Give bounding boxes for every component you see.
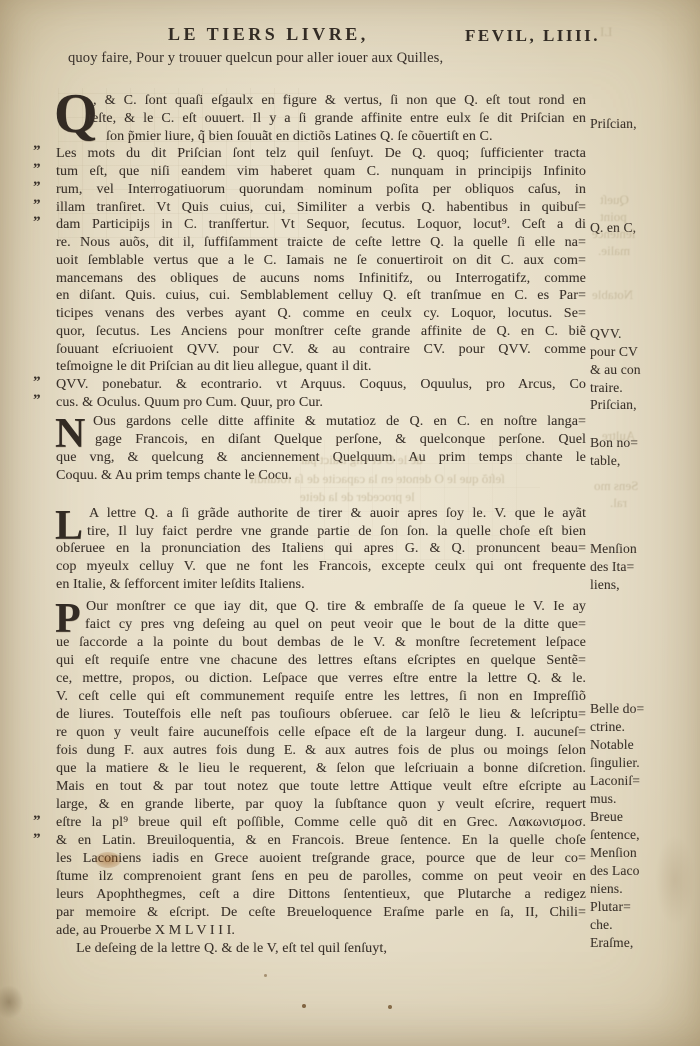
body-line: large, & en grande liberte, par quoy la … xyxy=(56,796,586,814)
body-line: ”tum eſt, que niſi eandem vim haberet qu… xyxy=(56,163,586,181)
margin-quote-mark: ” xyxy=(33,214,41,232)
body-line: ”Les mots du dit Priſcian ſont telz quil… xyxy=(56,145,586,163)
margin-note: Laconiſ= xyxy=(590,772,696,790)
body-line: que la matiere & le lieu le requerent, &… xyxy=(56,760,586,778)
body-line: ade, au Prouerbe X M L V I I I. xyxy=(56,922,586,940)
body-line: A lettre Q. a ſi grãde authorite de tire… xyxy=(56,505,586,523)
margin-note: niens. xyxy=(590,880,696,898)
margin-note: Breue xyxy=(590,808,696,826)
bleedthrough-text: de le O et vng traict par xyxy=(300,452,423,468)
body-line: en diſant. Quis. cuius, cui. Semblableme… xyxy=(56,287,586,305)
margin-note: table, xyxy=(590,452,696,470)
bleedthrough-text: LI xyxy=(600,24,612,40)
body-line: ”QVV. ponebatur. & econtrario. vt Arquus… xyxy=(56,376,586,394)
margin-quote-mark: ” xyxy=(33,392,41,410)
body-line: ue ſaccorde a la pointe du bout dembas d… xyxy=(56,634,586,652)
body-line: leurs Apophthegmes, ceſt a dire Dittons … xyxy=(56,886,586,904)
page-edge-smudge xyxy=(0,985,24,1019)
body-line: mancemans des obliques de aucuns noms In… xyxy=(56,270,586,288)
bleedthrough-text: Notable xyxy=(592,287,633,303)
body-line: V. ceſt celle qui eſt communement requiſ… xyxy=(56,688,586,706)
body-line: ”dam Participijs in C. tranſfertur. Vt S… xyxy=(56,216,586,234)
body-line: tire, Il luy faict perdre vne grande par… xyxy=(56,523,586,541)
margin-quote-mark: ” xyxy=(33,812,41,830)
ink-stain xyxy=(95,852,121,868)
body-line: obſeruee en la pronunciation des Italien… xyxy=(56,540,586,558)
body-line: gage Francois, en diſant Quelque perſone… xyxy=(56,431,586,449)
paragraph-3: LA lettre Q. a ſi grãde authorite de tir… xyxy=(56,505,586,593)
body-line: ”& en Latin. Breuiloquentia, & en Franco… xyxy=(56,832,586,850)
body-line: , & C. ſont quaſi eſgaulx en figure & ve… xyxy=(56,92,586,110)
margin-note: Menſion xyxy=(590,844,696,862)
body-line: re. Nous auõs, dit il, ſuffiſamment trai… xyxy=(56,234,586,252)
bleedthrough-text: ſentence xyxy=(592,226,635,242)
margin-note: des Laco xyxy=(590,862,696,880)
bleedthrough-text: ral. xyxy=(610,495,627,511)
margin-note: ſentence, xyxy=(590,826,696,844)
body-line: faict cy pres vng deſeing au quel on peu… xyxy=(56,616,586,634)
body-line: de liures. Touteſfois elle neſt pas touſ… xyxy=(56,706,586,724)
bleedthrough-text: malie. xyxy=(598,243,630,259)
body-line: cop myeulx celluy V. que ne font les Fra… xyxy=(56,558,586,576)
body-line: ſtume ilz comprenoient grant ſens en peu… xyxy=(56,868,586,886)
margin-note: ſingulier. xyxy=(590,754,696,772)
margin-quote-mark: ” xyxy=(33,830,41,848)
margin-quote-mark: ” xyxy=(33,374,41,392)
bleedthrough-text: Queſt xyxy=(600,192,629,208)
bleedthrough-text: le proceder de la deite xyxy=(300,489,415,505)
margin-note: & au con xyxy=(590,361,696,379)
paragraph-4: POur monſtrer ce que iay dit, que Q. tir… xyxy=(56,598,586,940)
bleedthrough-text: point xyxy=(600,209,627,225)
margin-note: ctrine. xyxy=(590,718,696,736)
bleedthrough-text: Sens mo xyxy=(594,478,638,494)
text-block: Q, & C. ſont quaſi eſgaulx en figure & v… xyxy=(56,0,586,1046)
ink-fleck xyxy=(264,974,267,977)
margin-quote-mark: ” xyxy=(33,197,41,215)
body-line: re quon y veult faire aucuneſfois celle … xyxy=(56,724,586,742)
margin-note: traire. xyxy=(590,379,696,397)
body-line: ”eſtre la pl⁹ breue quil eſt poſſible, C… xyxy=(56,814,586,832)
margin-note: QVV. xyxy=(590,325,696,343)
body-line: uoit ſemblable vertus que a le C. Iamais… xyxy=(56,252,586,270)
margin-note: Notable xyxy=(590,736,696,754)
margin-note: Priſcian, xyxy=(590,115,696,133)
body-line: ſouuant eſcriuoient QVV. pour CV. & au c… xyxy=(56,341,586,359)
margin-note: Menſion xyxy=(590,540,696,558)
margin-note: Plutar= xyxy=(590,898,696,916)
margin-note: pour CV xyxy=(590,343,696,361)
bleedthrough-text: ſeſtõ que le O denote en la capacite de … xyxy=(250,471,505,487)
margin-note: des Ita= xyxy=(590,558,696,576)
margin-quote-mark: ” xyxy=(33,143,41,161)
body-line: quor, ſecutus. Les Anciens pour monſtrer… xyxy=(56,323,586,341)
margin-note: Eraſme, xyxy=(590,934,696,952)
body-line: ticipes venans des verbes ayant Q. comme… xyxy=(56,305,586,323)
margin-note: Priſcian, xyxy=(590,396,696,414)
body-line: par memoire & eſcript. De ceſte Breueloq… xyxy=(56,904,586,922)
paragraph-1: Q, & C. ſont quaſi eſgaulx en figure & v… xyxy=(56,92,586,412)
body-line: ”cus. & Oculus. Quum pro Cum. Quur, pro … xyxy=(56,394,586,412)
body-line: les Laconiens iadis en Grece auoient tre… xyxy=(56,850,586,868)
body-line: teſte, & le C. eſt ouuert. Il y a ſi gra… xyxy=(56,110,586,128)
ink-fleck xyxy=(388,1005,392,1009)
body-line: ”illam tranſiret. Vt Quis cuius, cui, Si… xyxy=(56,199,586,217)
body-line: qui eſt requiſe entre vne chacune des le… xyxy=(56,652,586,670)
margin-quote-mark: ” xyxy=(33,161,41,179)
margin-quote-mark: ” xyxy=(33,179,41,197)
bleedthrough-text: Aultre xyxy=(602,428,635,444)
body-line: Ous gardons celle ditte affinite & mutat… xyxy=(56,413,586,431)
body-line: en Italie, & ſefforcent imiter leſdits I… xyxy=(56,576,586,594)
closing-line: Le deſeing de la lettre Q. & de le V, eſ… xyxy=(76,941,387,957)
body-line: Our monſtrer ce que iay dit, que Q. tire… xyxy=(56,598,586,616)
margin-note: liens, xyxy=(590,576,696,594)
body-line: ſon p̃mier liure, q̃ bien ſouuãt en dict… xyxy=(56,128,586,146)
margin-note: mus. xyxy=(590,790,696,808)
margin-note: che. xyxy=(590,916,696,934)
body-line: fois dung F. aux autres fois dung E. & a… xyxy=(56,742,586,760)
book-page-scan: LE TIERS LIVRE, FEVIL, LIIII. quoy faire… xyxy=(0,0,700,1046)
ink-fleck xyxy=(302,1004,306,1008)
body-line: Mais en tout & par tout notez que toute … xyxy=(56,778,586,796)
body-line: ”rum, vel Interrogatiuorum quorundam nom… xyxy=(56,181,586,199)
body-line: teſmoigne le dit Priſcian au dit lieu al… xyxy=(56,358,586,376)
margin-note: Belle do= xyxy=(590,700,696,718)
body-line: ce, mettre, propos, ou diction. Leſpace … xyxy=(56,670,586,688)
